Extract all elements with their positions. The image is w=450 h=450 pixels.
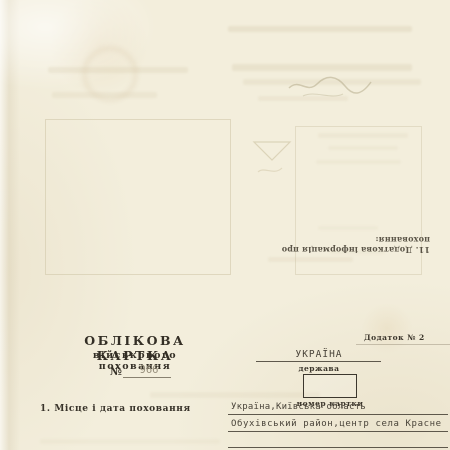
country-label: держава: [257, 364, 381, 373]
ghost-text-line: [228, 26, 412, 32]
ghost-text-line: [40, 439, 220, 444]
card-number-box: [303, 374, 357, 398]
card-number-sign: №: [110, 365, 122, 378]
country-underline: [256, 348, 381, 362]
ghost-text-line: [316, 160, 401, 164]
field1-label: 1. Місце і дата поховання: [40, 404, 230, 414]
ghost-photo-frame: [45, 119, 231, 275]
field1-underline-1: [228, 401, 448, 415]
ghost-text-line: [268, 257, 353, 262]
ghost-envelope: [250, 138, 294, 186]
ghost-text-line: [318, 226, 378, 230]
field1-underline-2: [228, 418, 448, 432]
scanned-document: 11. Додаткова інформація про поховання: …: [0, 0, 450, 450]
ghost-text-line: [328, 146, 398, 150]
reverse-note: 11. Додаткова інформація про поховання:: [238, 235, 430, 255]
appendix-underline: [356, 336, 450, 345]
card-number-value: 966: [128, 364, 170, 376]
ghost-stamp: [82, 46, 138, 102]
ghost-text-line: [318, 133, 408, 138]
ghost-signature: [285, 70, 375, 102]
field1-underline-3: [228, 434, 448, 448]
ghost-text-line: [150, 392, 320, 398]
